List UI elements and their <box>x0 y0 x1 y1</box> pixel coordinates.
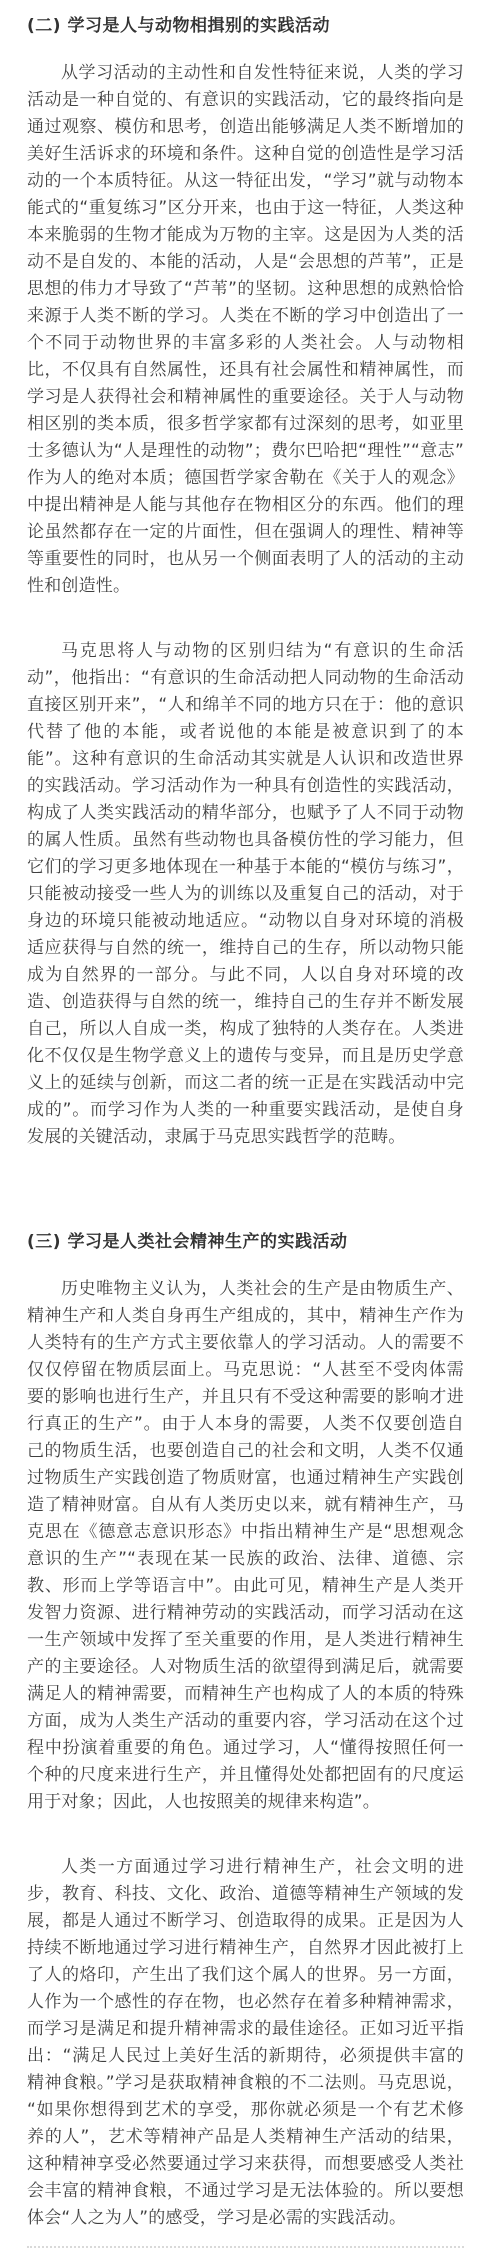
section-heading-3: (三) 学习是人类社会精神生产的实践活动 <box>27 1229 464 1256</box>
section-heading-2: (二) 学习是人与动物相揖别的实践活动 <box>27 13 464 40</box>
paragraph: 历史唯物主义认为，人类社会的生产是由物质生产、精神生产和人类自身再生产组成的，其… <box>27 1276 464 1816</box>
paragraph: 马克思将人与动物的区别归结为“有意识的生命活动”，他指出：“有意识的生命活动把人… <box>27 638 464 1151</box>
paragraph: 人类一方面通过学习进行精神生产，社会文明的进步，教育、科技、文化、政治、道德等精… <box>27 1854 464 2232</box>
paragraph: 从学习活动的主动性和自发性特征来说，人类的学习活动是一种自觉的、有意识的实践活动… <box>27 60 464 600</box>
document-page: (二) 学习是人与动物相揖别的实践活动 从学习活动的主动性和自发性特征来说，人类… <box>0 0 489 2248</box>
